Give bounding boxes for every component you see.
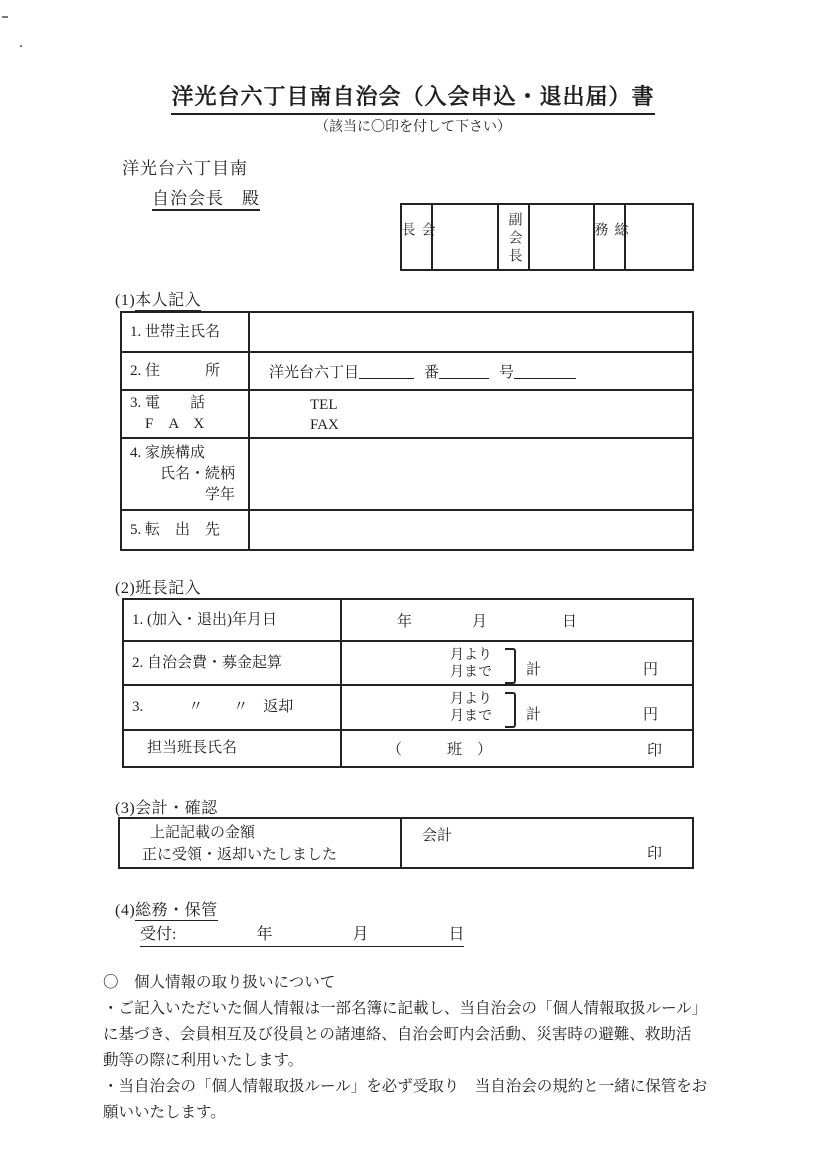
stamp-label-general-affairs: 総務 [595, 205, 626, 269]
leader-table: 1. (加入・退出)年月日 年 月 日 2. 自治会費・募金起算 月より 月まで… [122, 598, 694, 768]
addressee-line2: 自治会長 殿 [152, 184, 260, 209]
addressee-honorific: 自治会長 殿 [152, 189, 260, 211]
householder-name-field [250, 313, 692, 351]
moveout-label: 5. 転 出 先 [122, 511, 250, 549]
scanned-form-page: 洋光台六丁目南自治会（入会申込・退出届）書 （該当に〇印を付して下さい） 洋光台… [0, 0, 826, 1169]
amount-text: 上記記載の金額 [120, 822, 400, 844]
seal-label: 印 [647, 739, 662, 760]
scan-speck [2, 16, 8, 18]
phone-fax-label: 3. 電 話 F A X [122, 391, 250, 437]
privacy-heading: 〇 個人情報の取り扱いについて [103, 970, 743, 996]
section1-number: (1) [115, 292, 135, 309]
privacy-line: ・ご記入いただいた個人情報は一部名簿に記載し、当自治会の「個人情報取扱ルール」 [103, 996, 743, 1022]
accounting-table: 上記記載の金額 正に受領・返却いたしました 会計 印 [118, 817, 694, 869]
stamp-label-vice-chairman: 副会長 [499, 205, 530, 269]
table-row: 3. 〃 〃 返却 月より 月まで 計 円 [124, 684, 692, 729]
privacy-line: 願いいたします。 [103, 1100, 743, 1126]
fee-start-label: 2. 自治会費・募金起算 [124, 642, 342, 684]
address-ban-label: 番 [424, 361, 439, 382]
phone-fax-field: TEL FAX [250, 391, 692, 437]
section2-number: (2) [115, 580, 135, 597]
table-row: 3. 電 話 F A X TEL FAX [122, 389, 692, 437]
section2-title: 班長記入 [135, 580, 201, 599]
accounting-statement: 上記記載の金額 正に受領・返却いたしました [120, 819, 402, 867]
addressee-line1: 洋光台六丁目南 [122, 154, 248, 179]
yen-label: 円 [643, 658, 658, 679]
bracket-mark [505, 692, 516, 728]
stamp-space-vice-chairman [530, 205, 595, 269]
to-month-text: 月まで [450, 664, 492, 681]
seal-label: 印 [647, 842, 662, 863]
section2-header: (2)班長記入 [115, 575, 201, 598]
form-title: 洋光台六丁目南自治会（入会申込・退出届）書 [171, 80, 654, 115]
fee-start-field: 月より 月まで 計 円 [342, 642, 692, 684]
person-table: 1. 世帯主氏名 2. 住 所 洋光台六丁目 番 号 3. 電 [120, 311, 694, 551]
address-label: 2. 住 所 [122, 353, 250, 389]
section3-header: (3)会計・確認 [115, 795, 218, 818]
section1-header: (1)本人記入 [115, 287, 201, 310]
form-subtitle: （該当に〇印を付して下さい） [315, 120, 511, 135]
total-label: 計 [526, 703, 541, 724]
privacy-line: 動等の際に利用いたします。 [103, 1048, 743, 1074]
to-month-text: 月まで [450, 708, 492, 725]
table-row: 2. 住 所 洋光台六丁目 番 号 [122, 351, 692, 389]
table-row: 2. 自治会費・募金起算 月より 月まで 計 円 [124, 640, 692, 684]
from-month-text: 月より [450, 647, 492, 664]
tel-label: TEL [310, 395, 692, 415]
stamp-space-chairman [433, 205, 499, 269]
from-month-text: 月より [450, 691, 492, 708]
table-row: 担当班長氏名 （ 班 ） 印 [124, 729, 692, 766]
scan-speck [20, 45, 22, 47]
address-go-label: 号 [499, 361, 514, 382]
reception-date-line: 受付: 年 月 日 [140, 921, 464, 947]
address-field: 洋光台六丁目 番 号 [250, 353, 692, 389]
fee-return-label: 3. 〃 〃 返却 [124, 686, 342, 729]
address-ban-blank [439, 363, 489, 379]
section4-title: 総務・保管 [135, 902, 218, 921]
privacy-notice: 〇 個人情報の取り扱いについて ・ご記入いただいた個人情報は一部名簿に記載し、当… [103, 970, 743, 1126]
join-leave-date-field: 年 月 日 [342, 600, 692, 640]
year-month-day-text: 年 月 日 [342, 600, 692, 640]
section4-header: (4)総務・保管 [115, 897, 218, 920]
address-go-blank [514, 363, 576, 379]
received-text: 正に受領・返却いたしました [120, 844, 400, 866]
table-row: 1. 世帯主氏名 [122, 313, 692, 351]
fax-label: FAX [310, 415, 692, 435]
stamp-space-general-affairs [626, 205, 692, 269]
total-label: 計 [526, 658, 541, 679]
fee-return-field: 月より 月まで 計 円 [342, 686, 692, 729]
form-title-row: 洋光台六丁目南自治会（入会申込・退出届）書 [0, 80, 826, 115]
family-label: 4. 家族構成 氏名・続柄 学年 [122, 439, 250, 509]
accountant-label: 会計 [422, 824, 452, 845]
privacy-line: に基づき、会員相互及び役員との諸連絡、自治会町内会活動、災害時の避難、救助活 [103, 1022, 743, 1048]
leader-name-label: 担当班長氏名 [124, 731, 342, 766]
section1-title: 本人記入 [135, 292, 201, 311]
accounting-seal-cell: 会計 印 [402, 819, 692, 867]
han-group-text: （ 班 ） [342, 731, 692, 766]
section3-number: (3) [115, 800, 135, 817]
section4-number: (4) [115, 902, 135, 919]
family-field [250, 439, 692, 509]
leader-name-field: （ 班 ） 印 [342, 731, 692, 766]
householder-name-label: 1. 世帯主氏名 [122, 313, 250, 351]
stamp-label-chairman: 会長 [402, 205, 433, 269]
moveout-field [250, 511, 692, 549]
approval-stamp-box: 会長 副会長 総務 [400, 203, 694, 271]
table-row: 4. 家族構成 氏名・続柄 学年 [122, 437, 692, 509]
form-subtitle-row: （該当に〇印を付して下さい） [0, 116, 826, 136]
address-chome-blank [359, 363, 414, 379]
join-leave-date-label: 1. (加入・退出)年月日 [124, 600, 342, 640]
bracket-mark [505, 648, 516, 684]
table-row: 1. (加入・退出)年月日 年 月 日 [124, 600, 692, 640]
address-prefix: 洋光台六丁目 [269, 361, 359, 382]
yen-label: 円 [643, 703, 658, 724]
table-row: 5. 転 出 先 [122, 509, 692, 549]
privacy-line: ・当自治会の「個人情報取扱ルール」を必ず受取り 当自治会の規約と一緒に保管をお [103, 1074, 743, 1100]
